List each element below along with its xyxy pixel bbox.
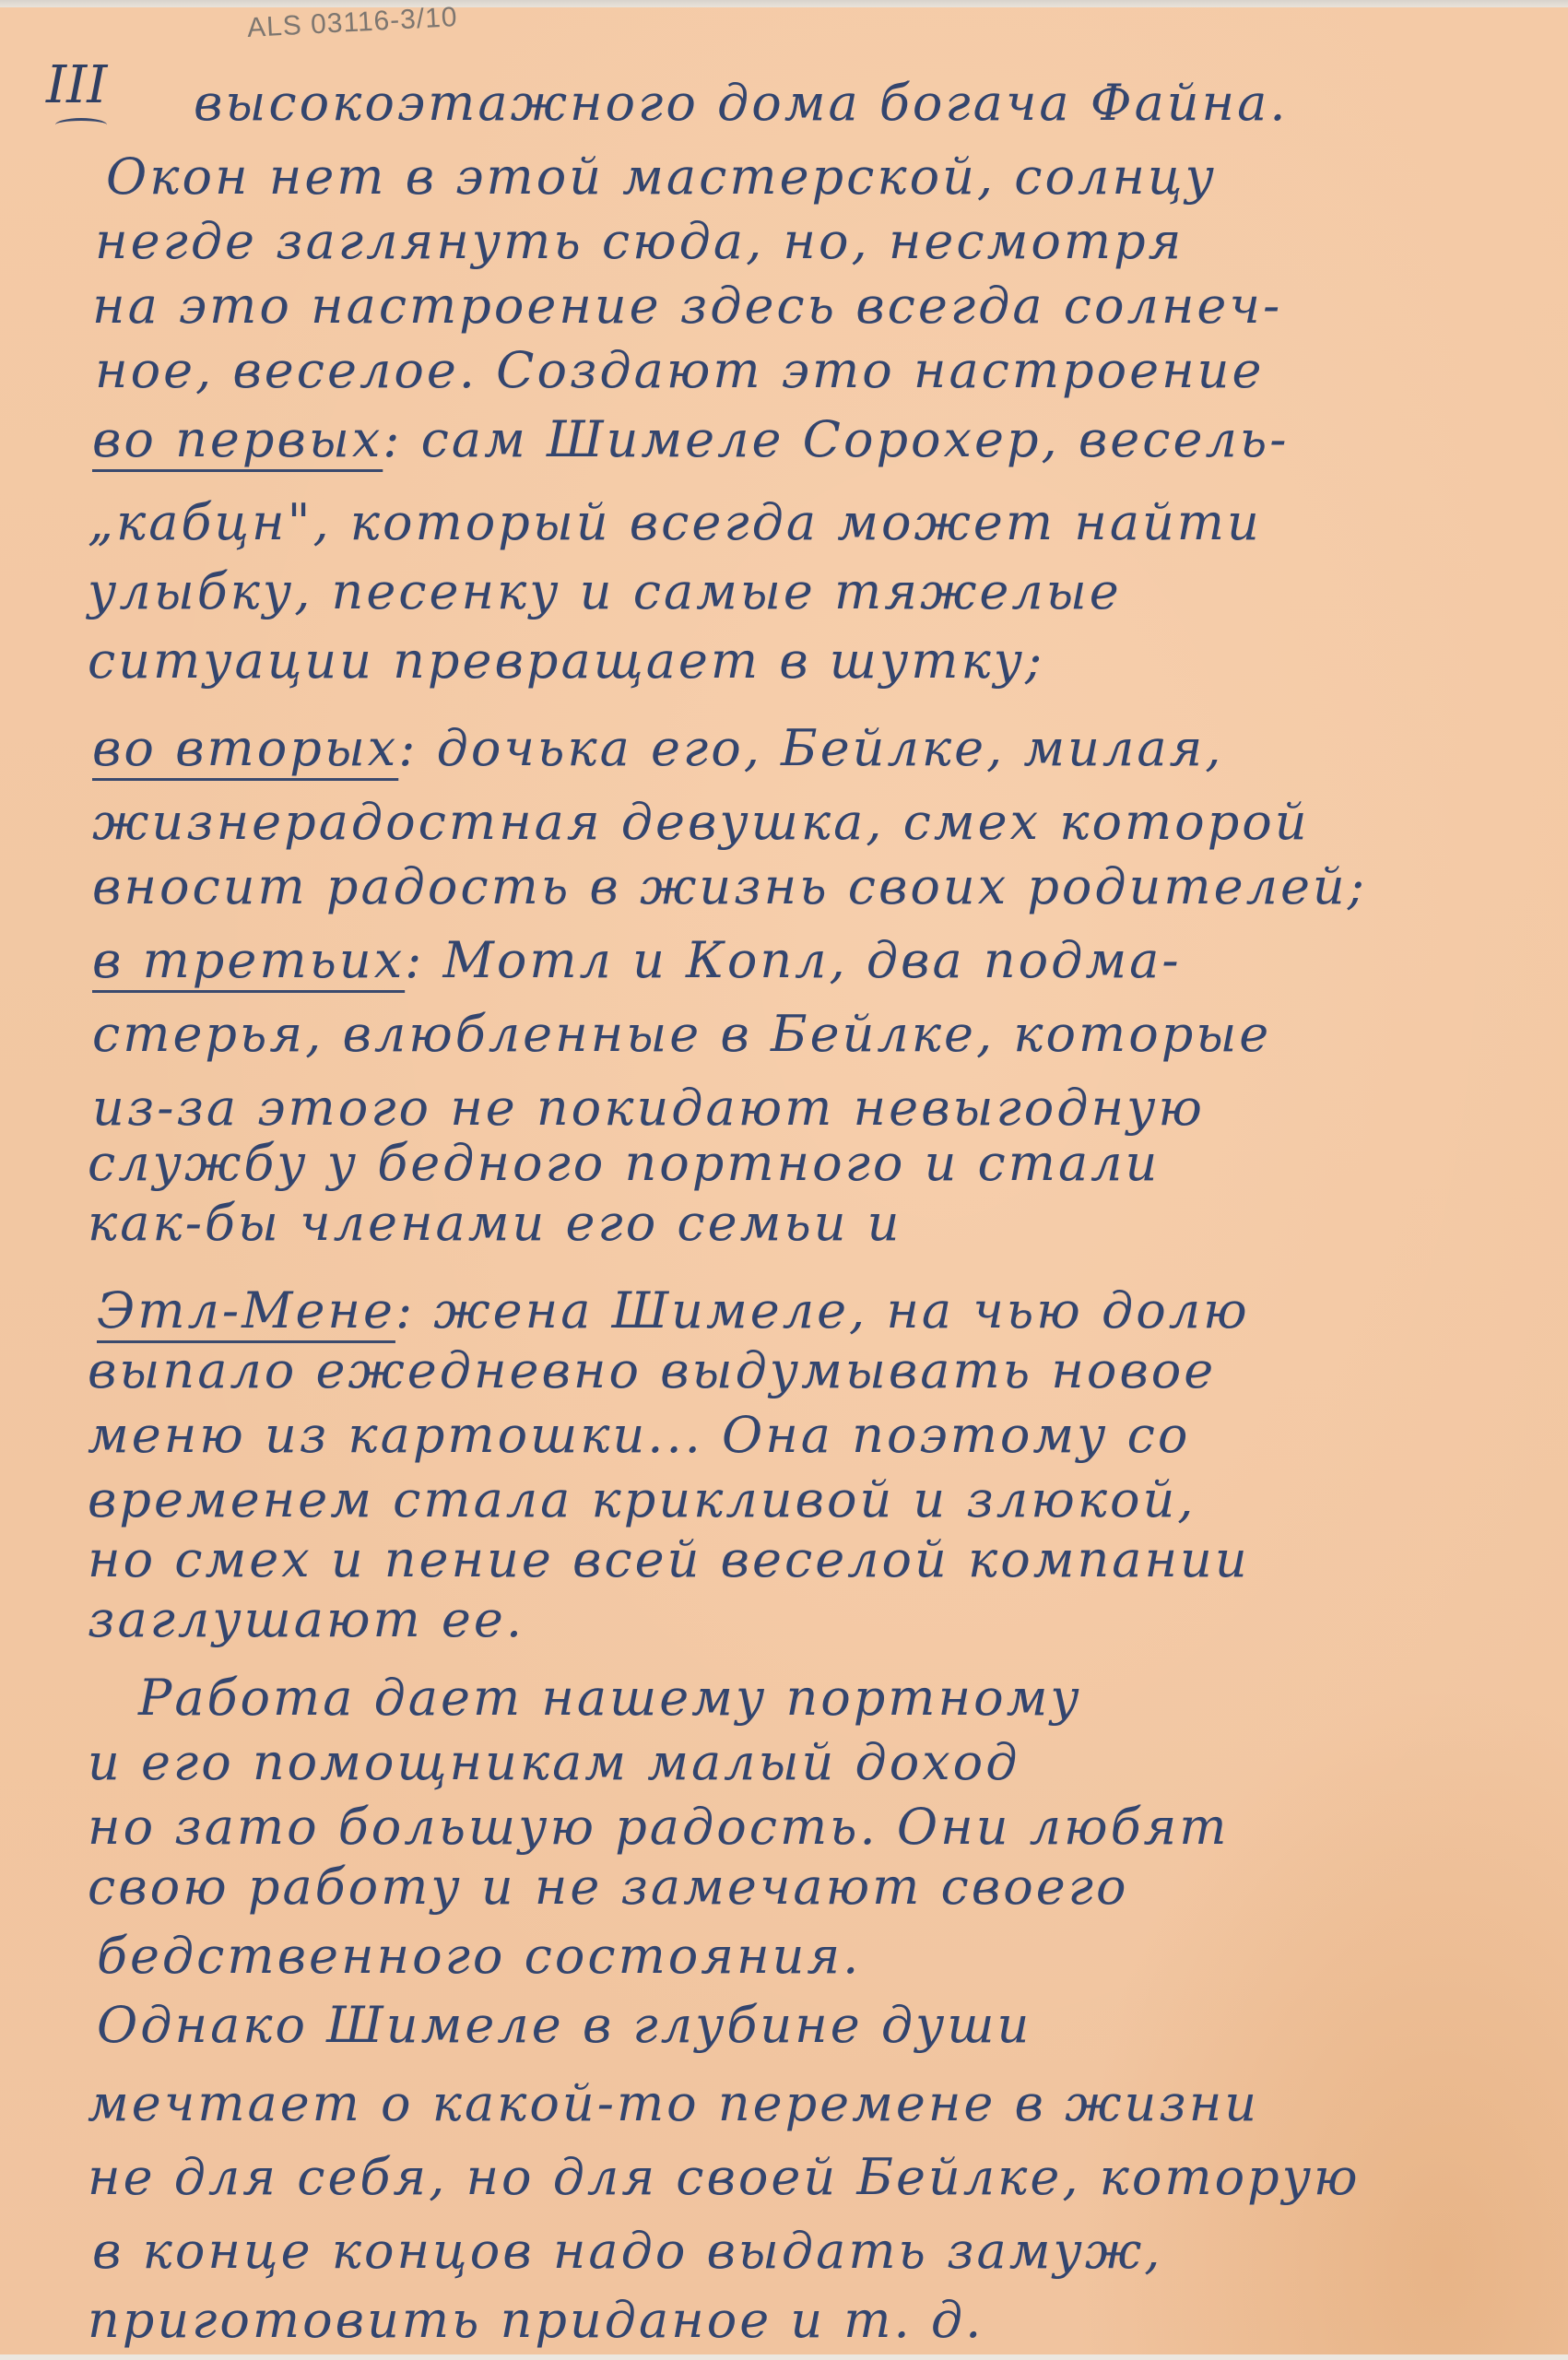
text-line: Окон нет в этой мастерской, солнцу xyxy=(106,147,1217,206)
text-line: выпало ежедневно выдумывать новое xyxy=(88,1341,1216,1399)
scan-top-edge xyxy=(0,0,1568,7)
text-line: на это настроение здесь всегда солнеч- xyxy=(92,277,1282,335)
text-line: свою работу и не замечают своего xyxy=(88,1858,1128,1916)
text-line: не для себя, но для своей Бейлке, котору… xyxy=(88,2148,1361,2206)
text-line: „кабцн", который всегда может найти xyxy=(88,493,1262,551)
text-line: ситуации превращает в шутку; xyxy=(88,631,1044,690)
text-line: Этл-Менe: жена Шимеле, на чью долю xyxy=(97,1281,1250,1339)
text-line: в третьих: Мотл и Копл, два подма- xyxy=(92,931,1182,989)
text-line: как-бы членами его семьи и xyxy=(88,1194,902,1252)
text-line: временем стала крикливой и злюкой, xyxy=(88,1470,1196,1528)
underlined-phrase: в третьих xyxy=(92,931,405,989)
text-line: стерья, влюбленные в Бейлке, которые xyxy=(92,1005,1271,1063)
text-line: службу у бедного портного и стали xyxy=(88,1134,1160,1192)
text-line: во первых: сам Шимеле Сорохер, весель- xyxy=(92,410,1289,468)
text-line: жизнерадостная девушка, смех которой xyxy=(92,793,1310,851)
text-line: негде заглянуть сюда, но, несмотря xyxy=(95,212,1184,270)
line-rest: : жена Шимеле, на чью долю xyxy=(395,1281,1250,1339)
text-line: и его помощникам малый доход xyxy=(88,1733,1020,1791)
archive-label: ALS 03116-3/10 xyxy=(246,2,458,44)
line-rest: : дочька его, Бейлке, милая, xyxy=(398,719,1223,777)
underlined-phrase: Этл-Менe xyxy=(97,1281,395,1339)
text-line: мечтает о какой-то перемене в жизни xyxy=(88,2074,1259,2132)
scan-bottom-edge xyxy=(0,2354,1568,2360)
text-line: ное, веселое. Создают это настроение xyxy=(95,341,1264,399)
text-line: во вторых: дочька его, Бейлке, милая, xyxy=(92,719,1223,777)
text-line: бедственного состояния. xyxy=(97,1927,861,1985)
text-line: из-за этого не покидают невыгодную xyxy=(92,1079,1205,1137)
text-line: приготовить приданое и т. д. xyxy=(88,2291,984,2349)
text-line: в конце концов надо выдать замуж, xyxy=(92,2222,1162,2280)
line-rest: : Мотл и Копл, два подма- xyxy=(405,931,1181,989)
text-line: Работа дает нашему портному xyxy=(138,1669,1082,1727)
text-line: но зато большую радость. Они любят xyxy=(88,1798,1230,1856)
text-line: улыбку, песенку и самые тяжелые xyxy=(88,562,1122,620)
text-line: Однако Шимеле в глубине души xyxy=(97,1996,1032,2054)
underlined-phrase: во вторых xyxy=(92,719,398,777)
line-rest: : сам Шимеле Сорохер, весель- xyxy=(383,410,1289,468)
page-number: III xyxy=(46,55,107,115)
manuscript-page: ALS 03116-3/10 III высокоэтажного дома б… xyxy=(0,0,1568,2360)
text-line: заглушают ее. xyxy=(88,1590,525,1648)
text-line: вносит радость в жизнь своих родителей; xyxy=(92,857,1367,915)
text-line: но смех и пение всей веселой компании xyxy=(88,1530,1250,1588)
underlined-phrase: во первых xyxy=(92,410,383,468)
text-line: высокоэтажного дома богача Файна. xyxy=(194,74,1289,132)
text-line: меню из картошки... Она поэтому со xyxy=(88,1406,1190,1464)
page-number-underline xyxy=(55,118,107,132)
